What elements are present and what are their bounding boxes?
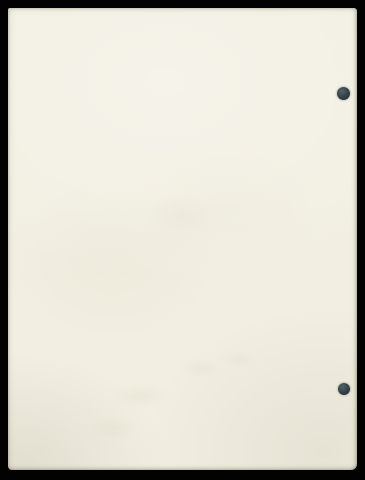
top-fastener-dot-icon [337, 87, 350, 100]
scanned-blank-page [8, 8, 357, 470]
scanner-background [0, 0, 365, 480]
print-bleedthrough-smudges [8, 8, 357, 470]
bottom-fastener-dot-icon [338, 383, 350, 395]
